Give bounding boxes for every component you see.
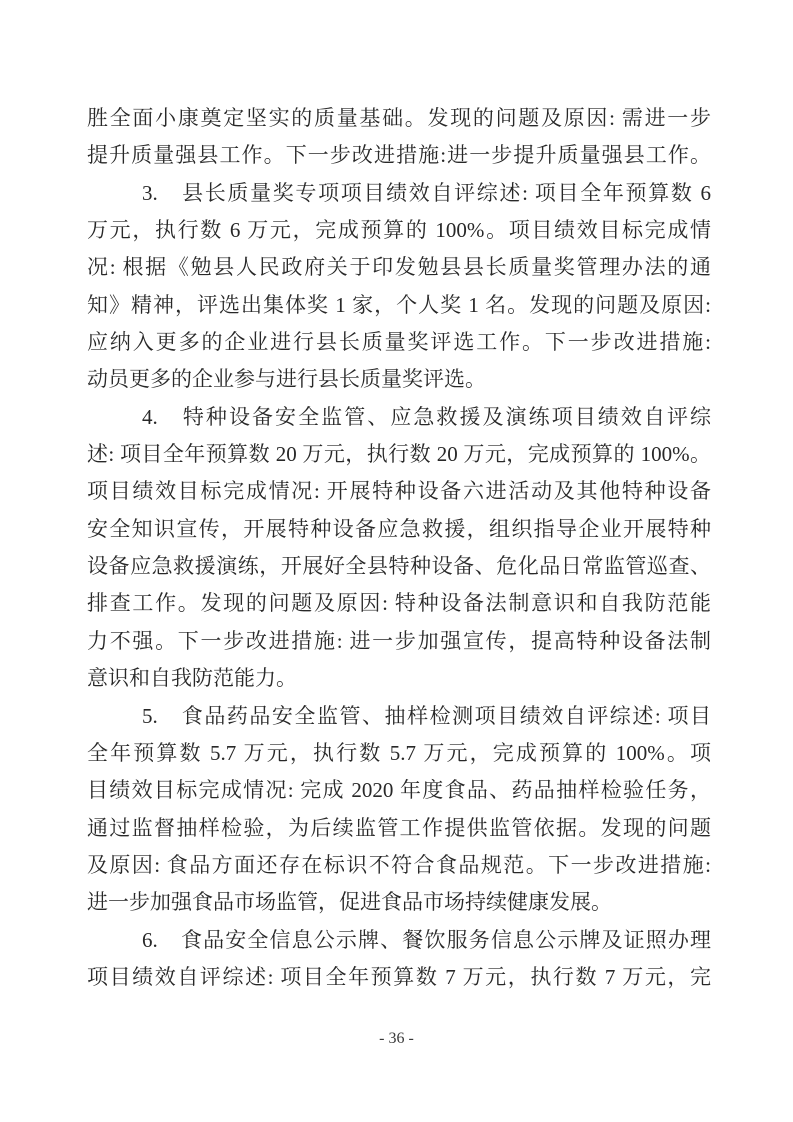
text-line-paragraph-end: 进一步加强食品市场监管，促进食品市场持续健康发展。 [87, 884, 711, 921]
text-line: 应纳入更多的企业进行县长质量奖评选工作。下一步改进措施: [87, 324, 711, 361]
text-line: 况: 根据《勉县人民政府关于印发勉县县长质量奖管理办法的通 [87, 249, 711, 286]
text-line-paragraph-end: 动员更多的企业参与进行县长质量奖评选。 [87, 361, 711, 398]
text-line-item-4-start: 4. 特种设备安全监管、应急救援及演练项目绩效自评综 [87, 399, 711, 436]
body-text: 胜全面小康奠定坚实的质量基础。发现的问题及原因: 需进一步 提升质量强县工作。下… [87, 100, 711, 996]
text-line: 排查工作。发现的问题及原因: 特种设备法制意识和自我防范能 [87, 585, 711, 622]
text-line: 项目绩效自评综述: 项目全年预算数 7 万元，执行数 7 万元，完 [87, 959, 711, 996]
text-line: 提升质量强县工作。下一步改进措施:进一步提升质量强县工作。 [87, 137, 711, 174]
text-line: 全年预算数 5.7 万元，执行数 5.7 万元，完成预算的 100%。项 [87, 735, 711, 772]
text-line-item-6-start: 6. 食品安全信息公示牌、餐饮服务信息公示牌及证照办理 [87, 922, 711, 959]
document-page: 胜全面小康奠定坚实的质量基础。发现的问题及原因: 需进一步 提升质量强县工作。下… [0, 0, 793, 1122]
text-line: 力不强。下一步改进措施: 进一步加强宣传，提高特种设备法制 [87, 623, 711, 660]
text-line: 知》精神，评选出集体奖 1 家，个人奖 1 名。发现的问题及原因: [87, 287, 711, 324]
text-line: 目绩效目标完成情况: 完成 2020 年度食品、药品抽样检验任务， [87, 772, 711, 809]
text-line: 胜全面小康奠定坚实的质量基础。发现的问题及原因: 需进一步 [87, 100, 711, 137]
text-line-item-3-start: 3. 县长质量奖专项项目绩效自评综述: 项目全年预算数 6 [87, 175, 711, 212]
text-line-paragraph-end: 意识和自我防范能力。 [87, 660, 711, 697]
text-line: 通过监督抽样检验，为后续监管工作提供监管依据。发现的问题 [87, 810, 711, 847]
text-line: 述: 项目全年预算数 20 万元，执行数 20 万元，完成预算的 100%。 [87, 436, 711, 473]
text-line: 及原因: 食品方面还存在标识不符合食品规范。下一步改进措施: [87, 847, 711, 884]
text-line: 万元，执行数 6 万元，完成预算的 100%。项目绩效目标完成情 [87, 212, 711, 249]
text-line: 设备应急救援演练，开展好全县特种设备、危化品日常监管巡查、 [87, 548, 711, 585]
text-line: 项目绩效目标完成情况: 开展特种设备六进活动及其他特种设备 [87, 473, 711, 510]
page-number: - 36 - [0, 1030, 793, 1048]
text-line: 安全知识宣传，开展特种设备应急救援，组织指导企业开展特种 [87, 511, 711, 548]
text-line-item-5-start: 5. 食品药品安全监管、抽样检测项目绩效自评综述: 项目 [87, 698, 711, 735]
